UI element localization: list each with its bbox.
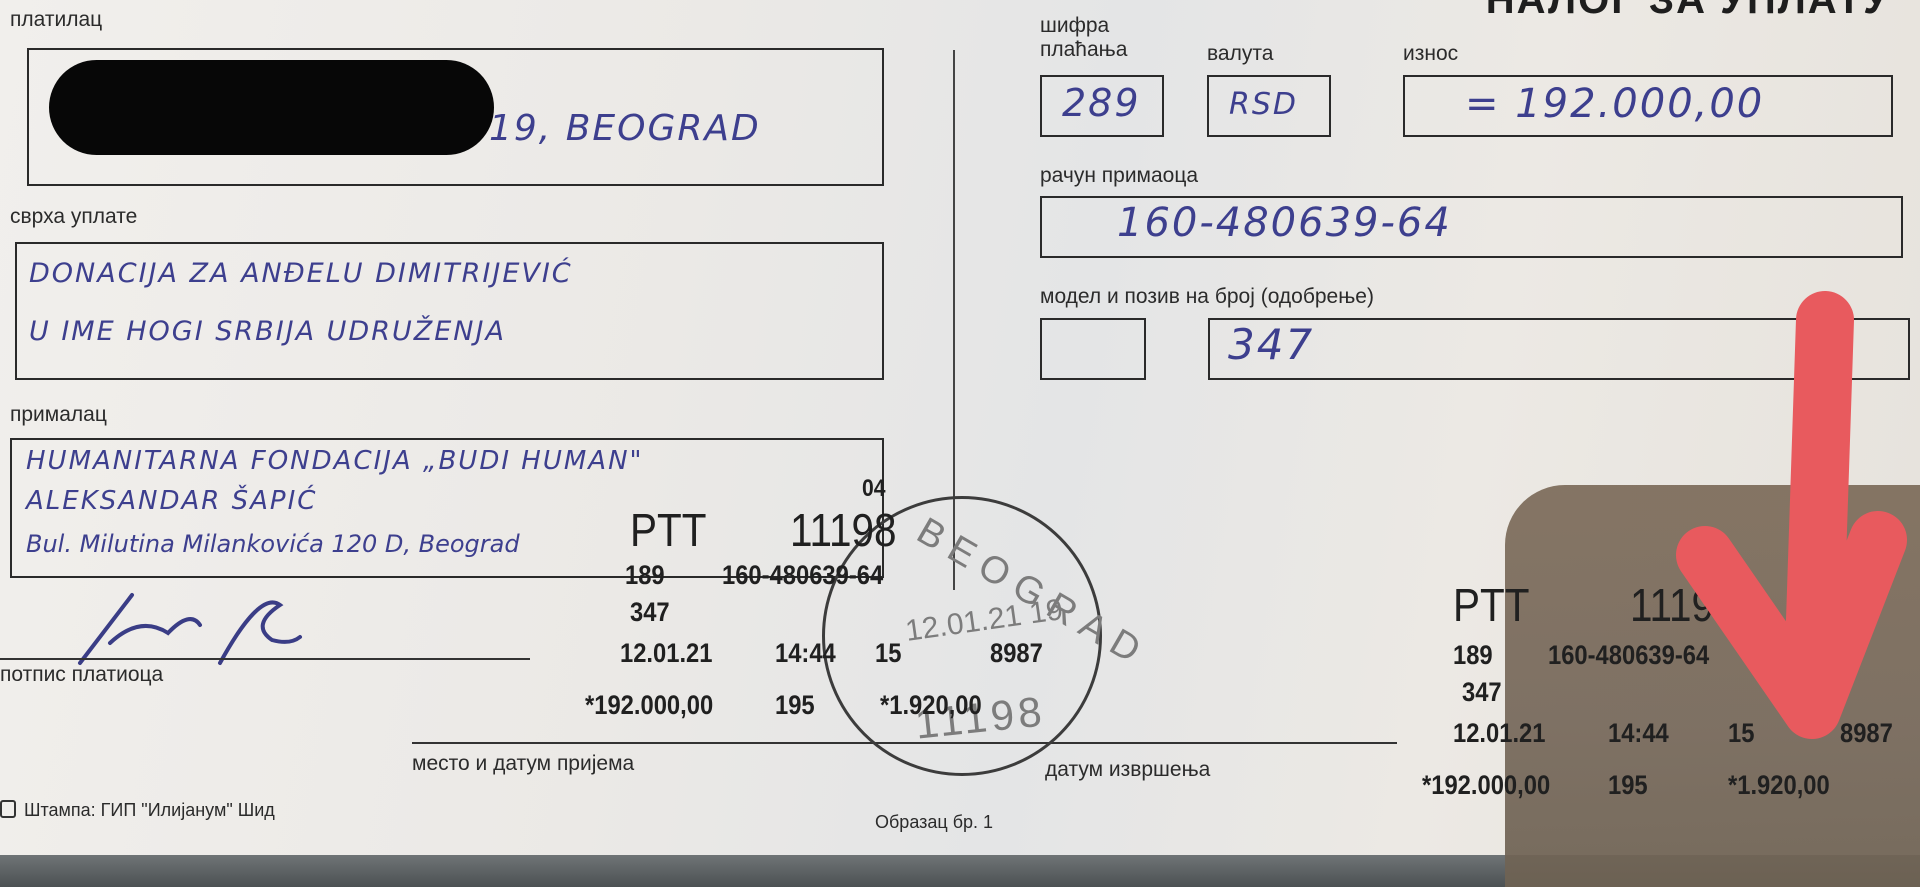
receipt-place-date-label: место и датум пријема — [412, 752, 634, 776]
signature-label: потпис платиоца — [0, 663, 163, 687]
ptt-fee: *1.920,00 — [880, 690, 982, 721]
ptt-transaction-id: 8987 — [990, 638, 1043, 669]
ptt-right-fee-code: 195 — [1608, 770, 1648, 801]
purpose-field: DONACIJA ZA ANĐELU DIMITRIJEVIĆ U IME HO… — [15, 242, 884, 380]
signature-line — [0, 658, 530, 660]
payment-code-label-1: шифра — [1040, 14, 1127, 38]
ptt-label: PTT — [630, 503, 706, 557]
recipient-account-value: 160-480639-64 — [1117, 200, 1452, 246]
recipient-line-3: Bul. Milutina Milankovića 120 D, Beograd — [26, 530, 520, 558]
reference-value: 347 — [1228, 320, 1314, 369]
payer-field: 19, BEOGRAD — [27, 48, 884, 186]
form-title: НАЛОГ ЗА УПЛАТУ — [1486, 0, 1890, 23]
ptt-right-label: PTT — [1453, 578, 1529, 632]
currency-label: валута — [1207, 42, 1273, 66]
ptt-account: 160-480639-64 — [722, 560, 883, 591]
recipient-account-label: рачун примаоца — [1040, 164, 1198, 188]
amount-field[interactable]: = 192.000,00 — [1403, 75, 1893, 137]
recipient-line-2: ALEKSANDAR ŠAPIĆ — [26, 486, 317, 516]
ptt-right-amount: *192.000,00 — [1422, 770, 1550, 801]
payment-code-label-2: плаћања — [1040, 38, 1127, 62]
ptt-office-number: 11198 — [790, 503, 897, 557]
ptt-top-code: 04 — [862, 475, 885, 503]
payer-address: 19, BEOGRAD — [489, 108, 761, 149]
recipient-label: прималац — [10, 403, 107, 427]
printer-text: Штампа: ГИП "Илијанум" Шид — [24, 800, 275, 820]
recipient-account-field[interactable]: 160-480639-64 — [1040, 196, 1903, 258]
payer-label: платилац — [10, 8, 102, 32]
payment-code-label: шифра плаћања — [1040, 14, 1127, 62]
ptt-time: 14:44 — [775, 638, 836, 669]
model-reference-label: модел и позив на број (одобрење) — [1040, 285, 1374, 309]
recipient-field: HUMANITARNA FONDACIJA „BUDI HUMAN" ALEKS… — [10, 438, 884, 578]
amount-label: износ — [1403, 42, 1458, 66]
payment-code-field[interactable]: 289 — [1040, 75, 1164, 137]
ptt-right-payment-code: 189 — [1453, 640, 1493, 671]
printer-imprint: Штампа: ГИП "Илијанум" Шид — [0, 800, 275, 821]
ptt-right-fee: *1.920,00 — [1728, 770, 1830, 801]
red-arrow-annotation-icon — [1650, 290, 1910, 740]
currency-field[interactable]: RSD — [1207, 75, 1331, 137]
execution-date-label: датум извршења — [1045, 758, 1210, 782]
ptt-reference: 347 — [630, 597, 670, 628]
form-number: Образац бр. 1 — [875, 812, 993, 833]
ptt-right-reference: 347 — [1462, 677, 1502, 708]
purpose-label: сврха уплате — [10, 205, 137, 229]
ptt-date: 12.01.21 — [620, 638, 712, 669]
printer-logo-icon — [0, 800, 16, 818]
purpose-line-1: DONACIJA ZA ANĐELU DIMITRIJEVIĆ — [29, 258, 573, 289]
model-field[interactable] — [1040, 318, 1146, 380]
redaction-mark — [49, 60, 494, 155]
payment-code-value: 289 — [1062, 81, 1141, 125]
recipient-line-1: HUMANITARNA FONDACIJA „BUDI HUMAN" — [26, 446, 643, 476]
ptt-right-date: 12.01.21 — [1453, 718, 1545, 749]
ptt-fee-code: 195 — [775, 690, 815, 721]
ptt-payment-code: 189 — [625, 560, 665, 591]
purpose-line-2: U IME HOGI SRBIJA UDRUŽENJA — [29, 316, 506, 347]
amount-value: = 192.000,00 — [1465, 81, 1764, 127]
ptt-counter: 15 — [875, 638, 901, 669]
currency-value: RSD — [1229, 87, 1298, 122]
ptt-amount: *192.000,00 — [585, 690, 713, 721]
